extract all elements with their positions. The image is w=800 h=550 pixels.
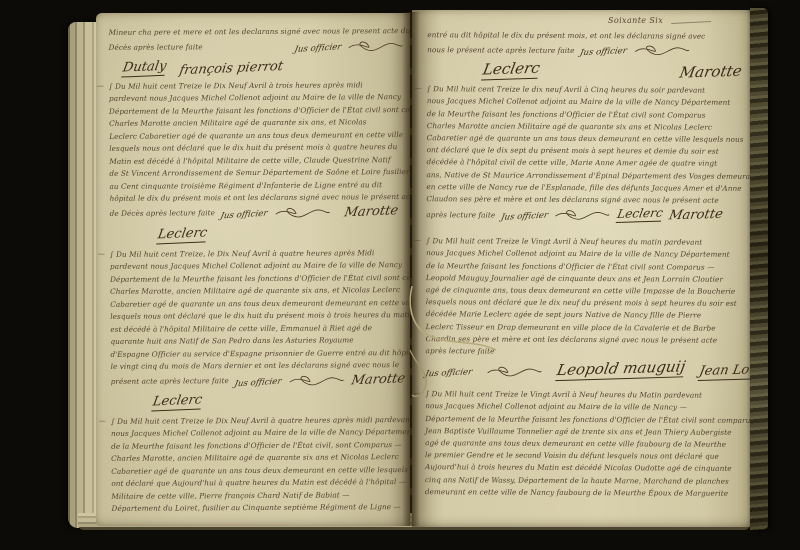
death-record-entry: — ∫ Du Mil huit cent Treize le Dix Neuf … bbox=[109, 79, 406, 244]
entry-body: ∫ Du Mil huit cent Treize le dix neuf Av… bbox=[426, 83, 745, 207]
left-page: Mineur cha pere et mere et ont les decla… bbox=[96, 13, 410, 526]
official-paraph: Jus officier bbox=[293, 42, 342, 55]
manuscript-book: Mineur cha pere et mere et ont les decla… bbox=[0, 0, 800, 550]
signature-leclerc: Leclerc bbox=[151, 392, 203, 411]
signature-leclerc: Leclerc bbox=[616, 206, 664, 223]
entry-closing: de Décès après lecture faite bbox=[110, 207, 215, 220]
signature-dutaly: Dutaly bbox=[121, 58, 167, 77]
right-page: Soixante Six entré au dit hôpital le dix… bbox=[412, 10, 752, 527]
official-paraph: Jus officier bbox=[220, 208, 269, 221]
signature-leopold-mauguy: Leopold mauguij bbox=[556, 358, 688, 382]
margin-dash: — bbox=[97, 81, 104, 89]
binding-thread bbox=[398, 278, 514, 404]
entry-closing: après lecture faite bbox=[426, 209, 495, 222]
signature-leclerc: Leclerc bbox=[156, 225, 208, 244]
photo-backdrop: Mineur cha pere et mere et ont les decla… bbox=[0, 0, 800, 550]
entry-body: ∫ Du Mil huit cent Treize, le Dix Neuf A… bbox=[110, 247, 407, 374]
manuscript-line: Mineur cha pere et mere et ont les decla… bbox=[109, 25, 405, 39]
entry-body: ∫ Du Mil huit cent Treize le Vingt Avril… bbox=[425, 388, 744, 499]
signature-flourish-icon bbox=[287, 372, 345, 387]
margin-dash: — bbox=[99, 416, 106, 424]
manuscript-line: Claudon ses père et mère et ont les décl… bbox=[426, 193, 744, 207]
signature-leclerc: Leclerc bbox=[481, 59, 542, 81]
right-page-text: entré au dit hôpital le dix du présent m… bbox=[412, 10, 752, 527]
signature-marotte: Marotte bbox=[678, 62, 743, 82]
book-gutter bbox=[402, 12, 420, 526]
manuscript-line: le vingt cinq du mois de Mars dernier et… bbox=[111, 359, 407, 373]
signature-flourish-icon bbox=[554, 207, 612, 222]
manuscript-line: hôpital le dix du présent mois et ont le… bbox=[110, 191, 406, 205]
signature-flourish-icon bbox=[347, 38, 405, 53]
signature-marotte: Marotte bbox=[343, 203, 399, 220]
signature-francois-pierrot: françois pierrot bbox=[178, 59, 284, 78]
manuscript-line: Décès après lecture faite bbox=[109, 41, 203, 54]
death-record-entry: — ∫ Du Mil huit cent Treize le Vingt Avr… bbox=[425, 388, 744, 499]
entry-body: ∫ Du Mil huit cent Treize le Dix Neuf Av… bbox=[109, 79, 406, 206]
signature-flourish-icon bbox=[633, 42, 691, 57]
official-paraph: Jus officier bbox=[579, 46, 628, 58]
official-paraph: Jus officier bbox=[500, 211, 549, 223]
official-paraph: Jus officier bbox=[234, 376, 283, 389]
entry-closing: présent acte après lecture faite bbox=[111, 375, 229, 388]
manuscript-line: entré au dit hôpital le dix du présent m… bbox=[427, 29, 745, 43]
signature-marotte: Marotte bbox=[667, 207, 723, 224]
death-record-entry: — ∫ Du Mil huit cent Treize le dix neuf … bbox=[426, 83, 745, 223]
death-record-entry: — ∫ Du Mil huit cent Treize le Dix Neuf … bbox=[111, 414, 408, 516]
signature-flourish-icon bbox=[273, 204, 331, 219]
book-cover-edge bbox=[750, 8, 768, 530]
margin-dash: — bbox=[98, 249, 105, 257]
signature-jean-lorrain: Jean Lorrain bbox=[697, 362, 752, 381]
manuscript-line: nous le présent acte après lecture faite bbox=[427, 44, 574, 57]
entry-body: ∫ Du Mil huit cent Treize le Dix Neuf Av… bbox=[111, 414, 408, 516]
left-page-text: Mineur cha pere et mere et ont les decla… bbox=[96, 13, 410, 526]
death-record-entry: — ∫ Du Mil huit cent Treize, le Dix Neuf… bbox=[110, 247, 407, 411]
manuscript-line: demeurant en cette ville de Nancy faubou… bbox=[425, 486, 743, 500]
manuscript-line: Département du Loiret, fusilier au Cinqu… bbox=[111, 501, 407, 515]
